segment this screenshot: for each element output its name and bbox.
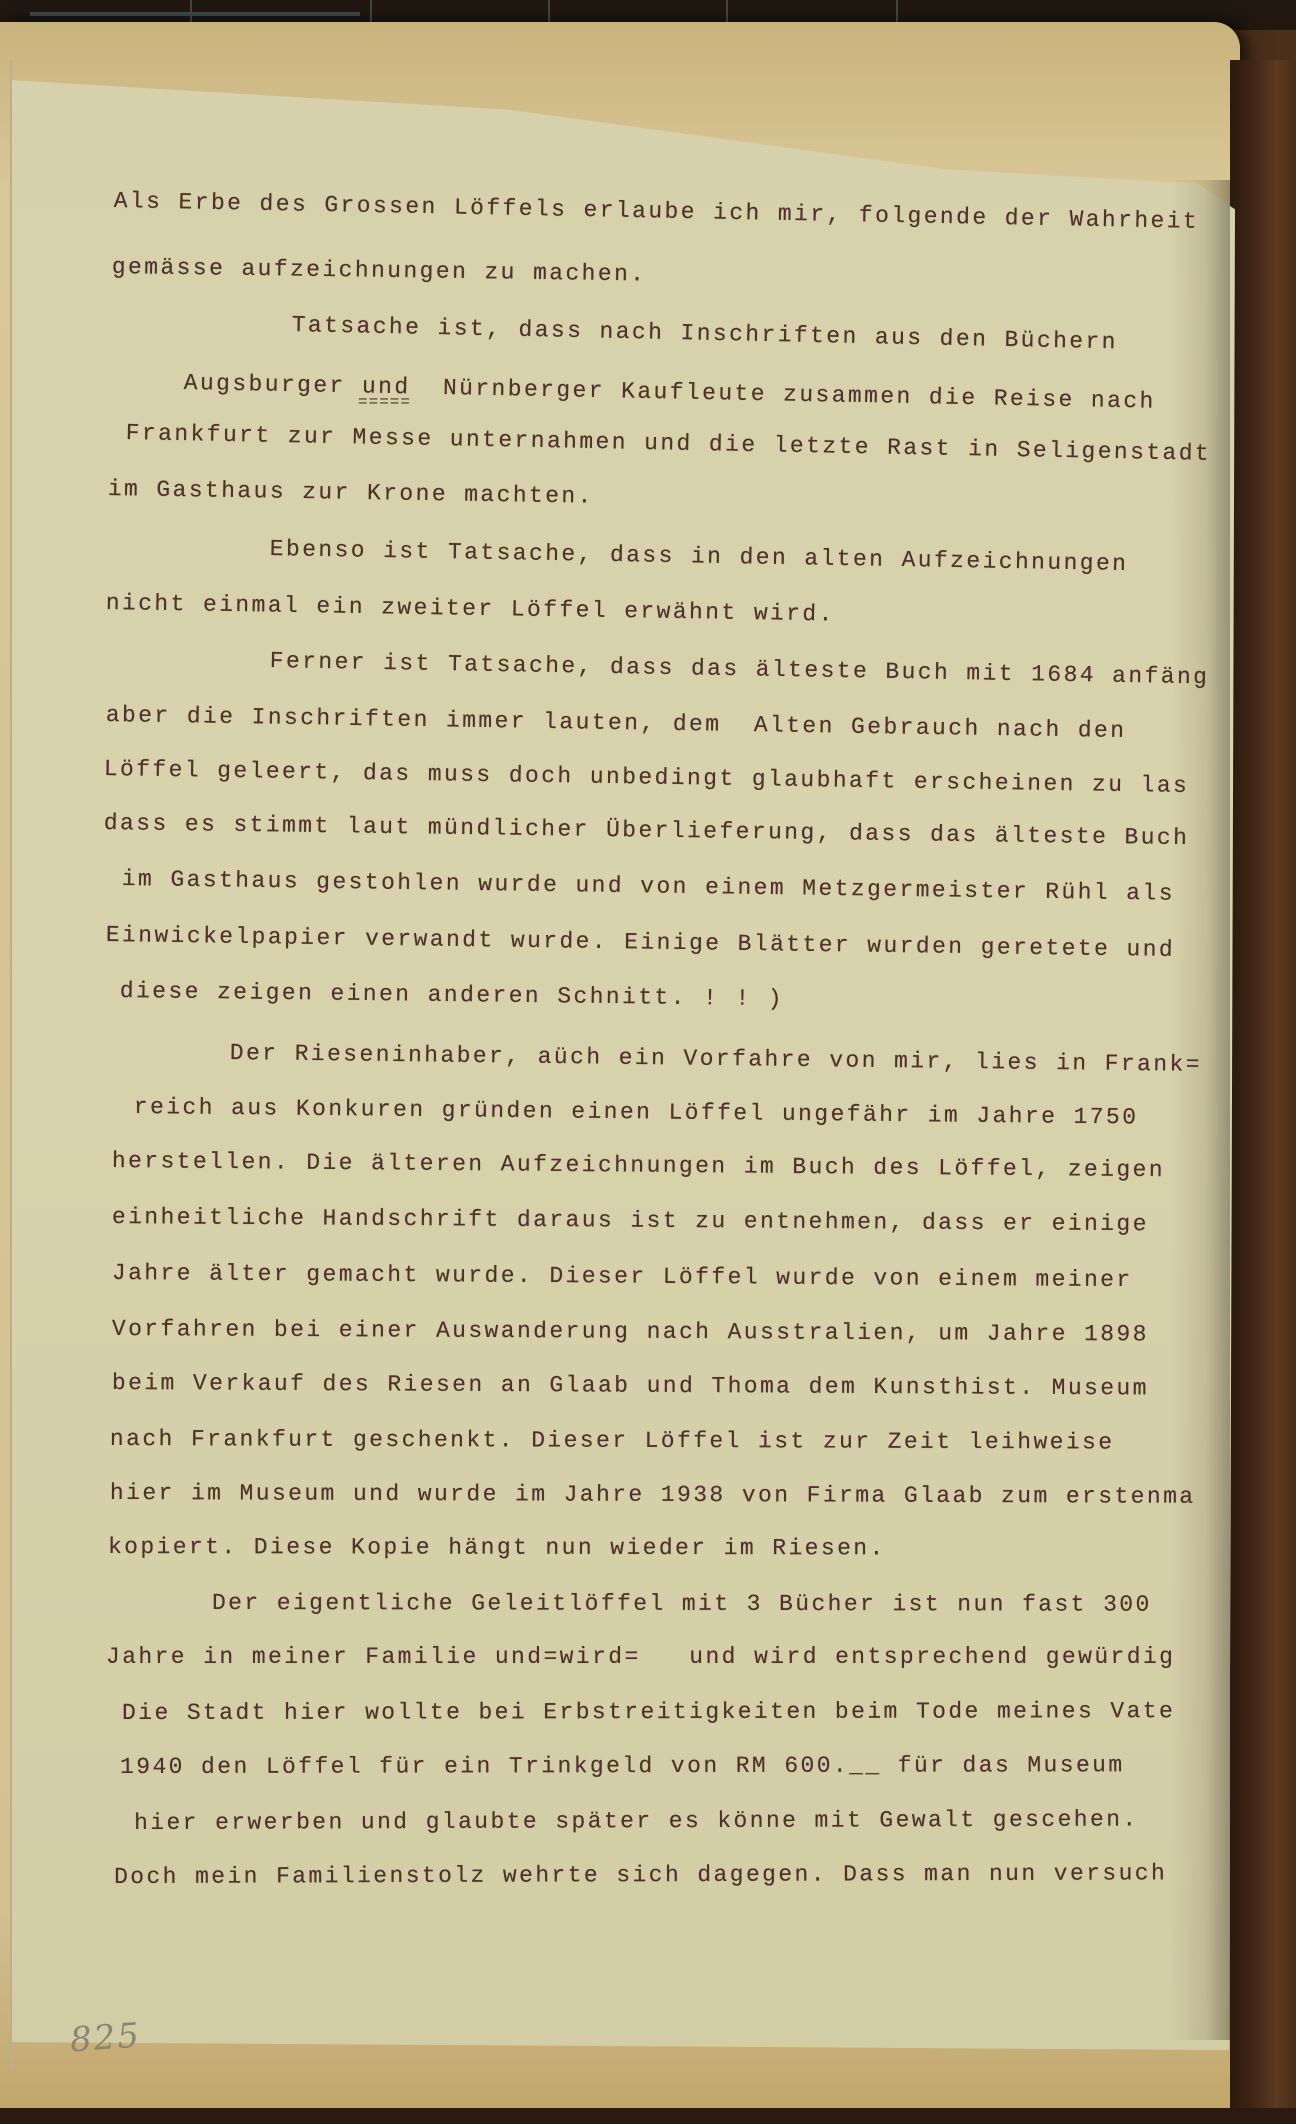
text-line: Doch mein Familienstolz wehrte sich dage… xyxy=(114,1860,1167,1890)
text-line: Jahre in meiner Familie und=wird= und wi… xyxy=(106,1644,1175,1670)
text-line: hier erwerben und glaubte später es könn… xyxy=(134,1806,1139,1836)
book-cover-edge xyxy=(1230,60,1296,2120)
text-line: nach Frankfurt geschenkt. Dieser Löffel … xyxy=(110,1426,1115,1456)
text-line: kopiert. Diese Kopie hängt nun wieder im… xyxy=(108,1534,886,1561)
text-line: Die Stadt hier wollte bei Erbstreitigkei… xyxy=(122,1698,1175,1726)
text-line: Vorfahren bei einer Auswanderung nach Au… xyxy=(112,1316,1149,1347)
page-margin-line xyxy=(10,60,12,2070)
book-bottom-edge xyxy=(0,2108,1296,2124)
text-line: Der eigentliche Geleitlöffel mit 3 Büche… xyxy=(212,1590,1152,1618)
handwritten-page-number: 825 xyxy=(69,2016,143,2061)
underline-mark: ===== xyxy=(358,393,411,411)
text-line: hier im Museum und wurde im Jahre 1938 v… xyxy=(110,1480,1196,1510)
document-photo: Als Erbe des Grossen Löffels erlaube ich… xyxy=(0,0,1296,2124)
text-line: beim Verkauf des Riesen an Glaab und Tho… xyxy=(112,1370,1149,1401)
text-line: 1940 den Löffel für ein Trinkgeld von RM… xyxy=(120,1752,1125,1780)
